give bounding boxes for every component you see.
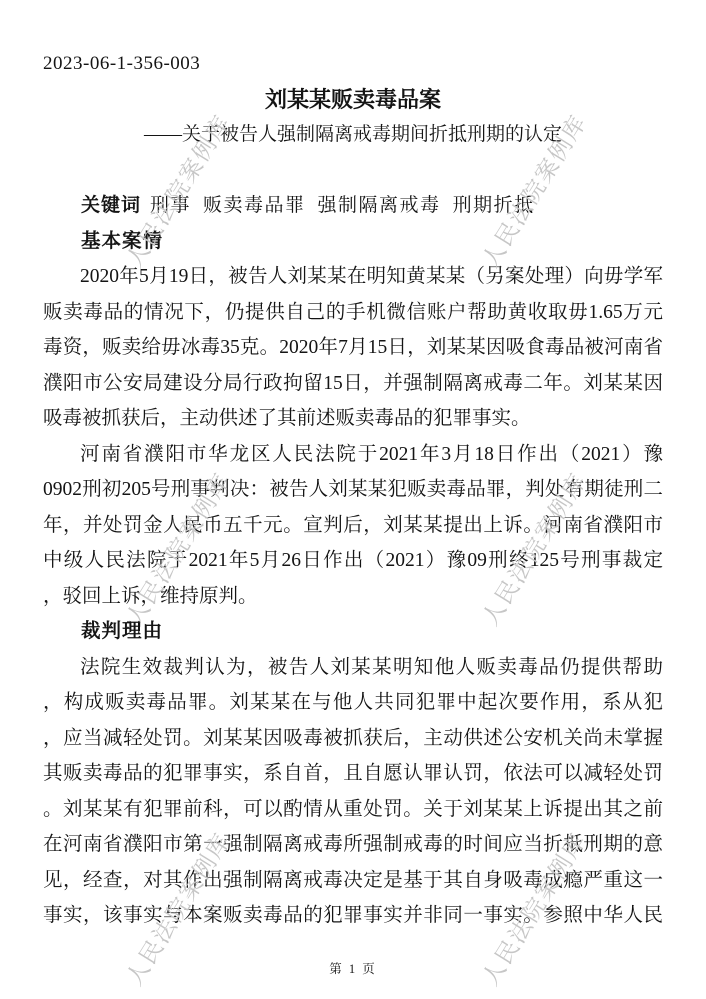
body-line: 毒资，贩卖给毋冰毒35克。2020年7月15日，刘某某因吸食毒品被河南省 bbox=[43, 330, 663, 366]
body-line: 0902刑初205号刑事判决：被告人刘某某犯贩卖毒品罪，判处有期徒刑二 bbox=[43, 472, 663, 508]
body-line: 事实，该事实与本案贩卖毒品的犯罪事实并非同一事实。参照中华人民 bbox=[43, 898, 663, 934]
document-page: 人民法院案例库人民法院案例库人民法院案例库人民法院案例库人民法院案例库人民法院案… bbox=[0, 0, 706, 999]
section-heading: 裁判理由 bbox=[43, 614, 663, 650]
body-line: ，构成贩卖毒品罪。刘某某在与他人共同犯罪中起次要作用，系从犯 bbox=[43, 685, 663, 721]
body-line: 中级人民法院于2021年5月26日作出（2021）豫09刑终125号刑事裁定 bbox=[43, 543, 663, 579]
keywords-label: 关键词 bbox=[81, 195, 141, 216]
body-line: 。刘某某有犯罪前科，可以酌情从重处罚。关于刘某某上诉提出其之前 bbox=[43, 792, 663, 828]
sections-container: 基本案情2020年5月19日，被告人刘某某在明知黄某某（另案处理）向毋学军贩卖毒… bbox=[43, 224, 663, 934]
body-line: ，应当减轻处罚。刘某某因吸毒被抓获后，主动供述公安机关尚未掌握 bbox=[43, 721, 663, 757]
body-line: 吸毒被抓获后，主动供述了其前述贩卖毒品的犯罪事实。 bbox=[43, 401, 663, 437]
keywords-line: 关键词刑事贩卖毒品罪强制隔离戒毒刑期折抵 bbox=[43, 188, 663, 224]
section-heading: 基本案情 bbox=[43, 224, 663, 260]
document-content: 2023-06-1-356-003 刘某某贩卖毒品案 ——关于被告人强制隔离戒毒… bbox=[43, 46, 663, 934]
page-number: 第 1 页 bbox=[0, 959, 706, 977]
body-line: 贩卖毒品的情况下，仍提供自己的手机微信账户帮助黄收取毋1.65万元 bbox=[43, 295, 663, 331]
keyword-item: 刑事 bbox=[150, 195, 191, 216]
body-line: 濮阳市公安局建设分局行政拘留15日，并强制隔离戒毒二年。刘某某因 bbox=[43, 366, 663, 402]
body-line: ，驳回上诉，维持原判。 bbox=[43, 579, 663, 615]
body-line: 年，并处罚金人民币五千元。宣判后，刘某某提出上诉。河南省濮阳市 bbox=[43, 508, 663, 544]
keyword-item: 刑期折抵 bbox=[453, 195, 535, 216]
body-line: 2020年5月19日，被告人刘某某在明知黄某某（另案处理）向毋学军 bbox=[43, 259, 663, 295]
body-line: 法院生效裁判认为，被告人刘某某明知他人贩卖毒品仍提供帮助 bbox=[43, 650, 663, 686]
case-subtitle: ——关于被告人强制隔离戒毒期间折抵刑期的认定 bbox=[43, 117, 663, 153]
keyword-item: 贩卖毒品罪 bbox=[203, 195, 306, 216]
keywords-items: 刑事贩卖毒品罪强制隔离戒毒刑期折抵 bbox=[150, 195, 547, 216]
keyword-item: 强制隔离戒毒 bbox=[318, 195, 441, 216]
blank-line bbox=[43, 153, 663, 189]
body-line: 见，经查，对其作出强制隔离戒毒决定是基于其自身吸毒成瘾严重这一 bbox=[43, 863, 663, 899]
body-line: 在河南省濮阳市第一强制隔离戒毒所强制戒毒的时间应当折抵刑期的意 bbox=[43, 827, 663, 863]
body-line: 其贩卖毒品的犯罪事实，系自首，且自愿认罪认罚，依法可以减轻处罚 bbox=[43, 756, 663, 792]
document-number: 2023-06-1-356-003 bbox=[43, 46, 663, 82]
body-line: 河南省濮阳市华龙区人民法院于2021年3月18日作出（2021）豫 bbox=[43, 437, 663, 473]
case-title: 刘某某贩卖毒品案 bbox=[43, 82, 663, 118]
